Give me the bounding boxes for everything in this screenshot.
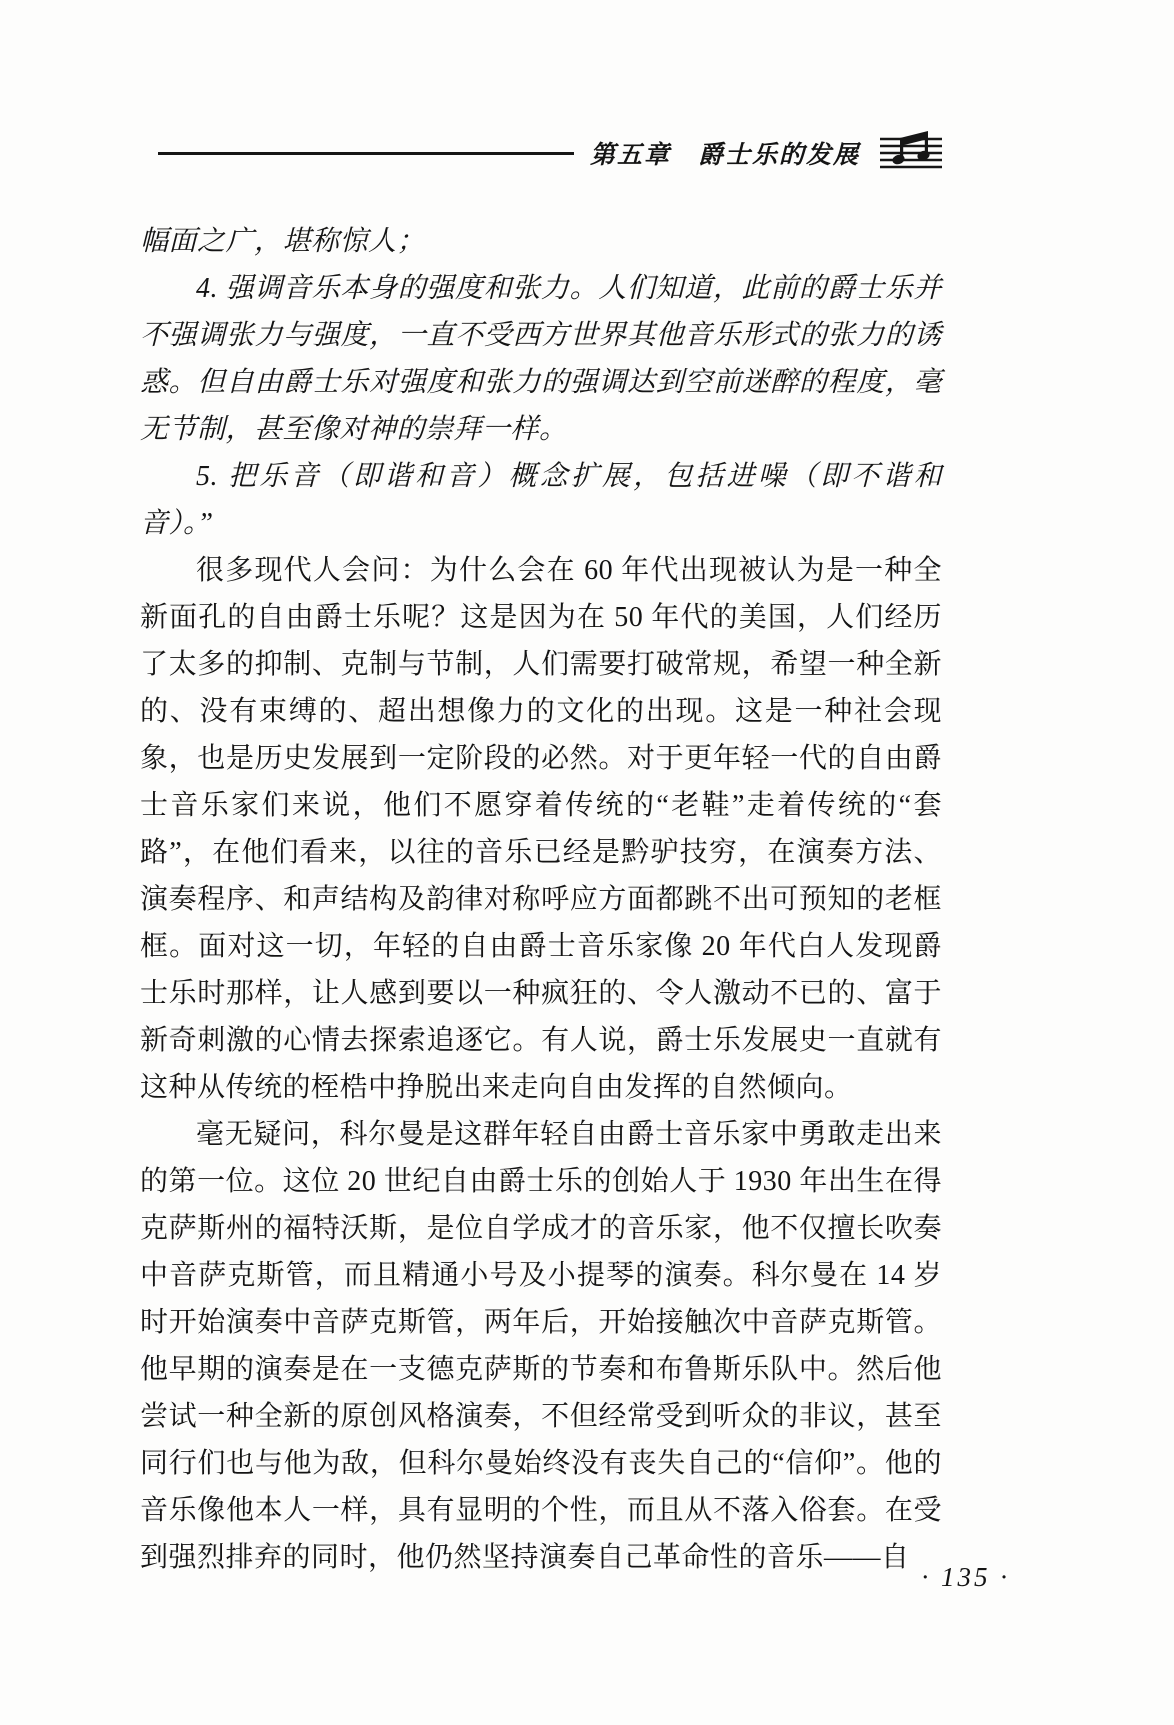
page-number: · 135 · [922, 1562, 1011, 1593]
paragraph: 很多现代人会问：为什么会在 60 年代出现被认为是一种全新面孔的自由爵士乐呢？这… [140, 547, 942, 1111]
paragraph: 毫无疑问，科尔曼是这群年轻自由爵士音乐家中勇敢走出来的第一位。这位 20 世纪自… [140, 1111, 942, 1581]
paragraph: 5. 把乐音（即谐和音）概念扩展，包括进噪（即不谐和音）。” [140, 453, 942, 547]
chapter-title: 第五章 爵士乐的发展 [590, 135, 860, 171]
paragraph: 4. 强调音乐本身的强度和张力。人们知道，此前的爵士乐并不强调张力与强度，一直不… [140, 265, 942, 453]
book-page: 第五章 爵士乐的发展 幅面之广，堪称惊人；4. 强调音乐本身的强度和张力。人们知… [0, 0, 1174, 1725]
header-rule [158, 152, 574, 155]
body-text: 幅面之广，堪称惊人；4. 强调音乐本身的强度和张力。人们知道，此前的爵士乐并不强… [140, 218, 942, 1581]
music-staff-icon [880, 129, 942, 177]
paragraph: 幅面之广，堪称惊人； [140, 218, 942, 265]
page-header: 第五章 爵士乐的发展 [140, 128, 942, 178]
